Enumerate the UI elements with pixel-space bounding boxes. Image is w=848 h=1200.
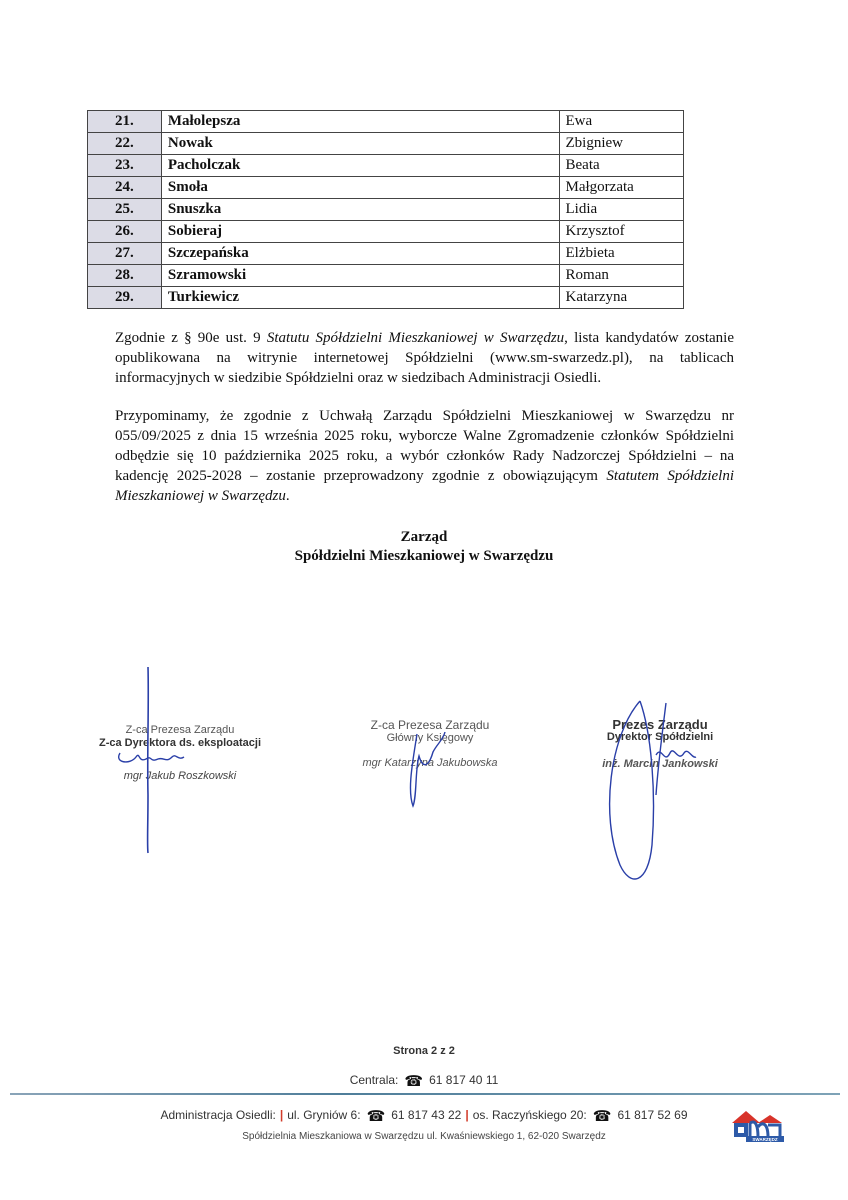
surname-cell: Smoła (161, 177, 559, 199)
row-number: 26. (88, 221, 162, 243)
row-number: 25. (88, 199, 162, 221)
table-row: 23.PacholczakBeata (88, 155, 684, 177)
reminder-paragraph: Przypominamy, że zgodnie z Uchwałą Zarzą… (115, 406, 734, 506)
surname-cell: Szramowski (161, 265, 559, 287)
publication-paragraph: Zgodnie z § 90e ust. 9 Statutu Spółdziel… (115, 328, 734, 388)
first-name-cell: Lidia (559, 199, 683, 221)
surname-cell: Snuszka (161, 199, 559, 221)
board-title: Zarząd (0, 527, 848, 547)
phone-icon: ☎ (404, 1072, 423, 1090)
surname-cell: Szczepańska (161, 243, 559, 265)
first-name-cell: Ewa (559, 111, 683, 133)
board-subtitle: Spółdzielni Mieszkaniowej w Swarzędzu (0, 546, 848, 566)
admin-offices-line: Administracja Osiedli:|ul. Gryniów 6:☎61… (0, 1107, 848, 1125)
table-row: 27.SzczepańskaElżbieta (88, 243, 684, 265)
candidates-table: 21.MałolepszaEwa22.NowakZbigniew23.Pacho… (87, 110, 684, 309)
first-name-cell: Zbigniew (559, 133, 683, 155)
first-name-cell: Krzysztof (559, 221, 683, 243)
surname-cell: Nowak (161, 133, 559, 155)
table-row: 28.SzramowskiRoman (88, 265, 684, 287)
first-name-cell: Roman (559, 265, 683, 287)
surname-cell: Sobieraj (161, 221, 559, 243)
table-row: 29.TurkiewiczKatarzyna (88, 287, 684, 309)
first-name-cell: Katarzyna (559, 287, 683, 309)
first-name-cell: Beata (559, 155, 683, 177)
central-phone-line: Centrala:☎61 817 40 11 (0, 1072, 848, 1090)
row-number: 27. (88, 243, 162, 265)
row-number: 28. (88, 265, 162, 287)
cooperative-address: Spółdzielnia Mieszkaniowa w Swarzędzu ul… (0, 1131, 848, 1142)
surname-cell: Turkiewicz (161, 287, 559, 309)
row-number: 23. (88, 155, 162, 177)
table-row: 22.NowakZbigniew (88, 133, 684, 155)
first-name-cell: Małgorzata (559, 177, 683, 199)
row-number: 24. (88, 177, 162, 199)
table-row: 26.SobierajKrzysztof (88, 221, 684, 243)
signature-block-1: Z-ca Prezesa Zarządu Z-ca Dyrektora ds. … (90, 724, 270, 782)
row-number: 22. (88, 133, 162, 155)
signature-block-3: Prezes Zarządu Dyrektor Spółdzielni inż.… (575, 718, 745, 770)
svg-text:SWARZĘDZ: SWARZĘDZ (752, 1137, 778, 1142)
surname-cell: Małolepsza (161, 111, 559, 133)
row-number: 29. (88, 287, 162, 309)
surname-cell: Pacholczak (161, 155, 559, 177)
footer-separator (10, 1093, 840, 1095)
phone-icon: ☎ (593, 1107, 612, 1125)
table-row: 24.SmołaMałgorzata (88, 177, 684, 199)
page-number: Strona 2 z 2 (0, 1045, 848, 1057)
first-name-cell: Elżbieta (559, 243, 683, 265)
divider: | (280, 1108, 283, 1122)
table-row: 25.SnuszkaLidia (88, 199, 684, 221)
signature-block-2: Z-ca Prezesa Zarządu Główny Księgowy mgr… (330, 719, 530, 769)
divider: | (465, 1108, 468, 1122)
cooperative-logo-icon: SWARZĘDZ (728, 1105, 786, 1143)
table-row: 21.MałolepszaEwa (88, 111, 684, 133)
row-number: 21. (88, 111, 162, 133)
phone-icon: ☎ (367, 1107, 386, 1125)
